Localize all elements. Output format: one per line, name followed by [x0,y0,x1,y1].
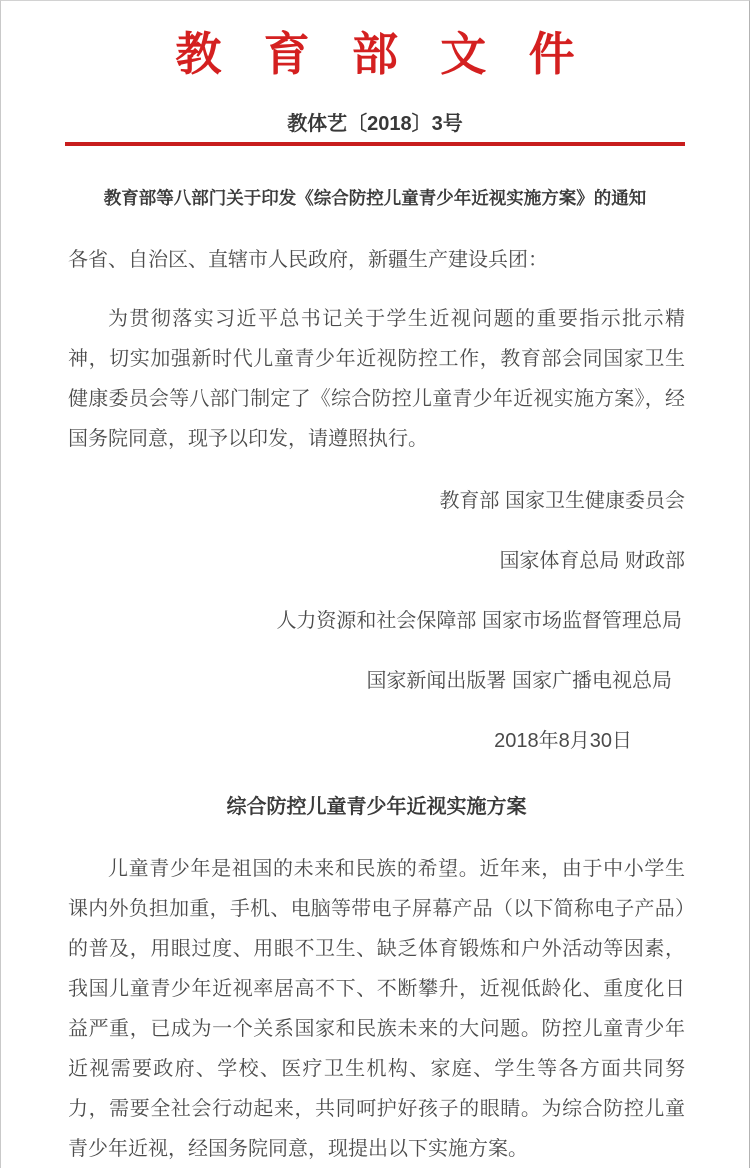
ministry-letterhead-title: 教育部文件 [1,30,749,80]
plan-intro-paragraph: 儿童青少年是祖国的未来和民族的希望。近年来，由于中小学生课内外负担加重，手机、电… [68,849,685,1168]
document-number: 教体艺〔2018〕3号 [1,112,749,137]
issue-date: 2018年8月30日 [68,711,685,771]
notice-title: 教育部等八部门关于印发《综合防控儿童青少年近视实施方案》的通知 [1,188,749,209]
signatory-line: 教育部 国家卫生健康委员会 [68,471,685,531]
signatory-line: 国家体育总局 财政部 [68,531,685,591]
signatory-line: 国家新闻出版署 国家广播电视总局 [68,651,685,711]
document-page: 教育部文件 教体艺〔2018〕3号 教育部等八部门关于印发《综合防控儿童青少年近… [0,0,750,1168]
document-body: 各省、自治区、直辖市人民政府，新疆生产建设兵团： 为贯彻落实习近平总书记关于学生… [1,240,749,1168]
notice-body-paragraph: 为贯彻落实习近平总书记关于学生近视问题的重要指示批示精神，切实加强新时代儿童青少… [68,299,685,459]
signatory-line: 人力资源和社会保障部 国家市场监督管理总局 [68,591,685,651]
salutation: 各省、自治区、直辖市人民政府，新疆生产建设兵团： [68,240,685,280]
plan-title: 综合防控儿童青少年近视实施方案 [68,793,685,821]
red-divider-rule [65,142,685,146]
signatory-block: 教育部 国家卫生健康委员会 国家体育总局 财政部 人力资源和社会保障部 国家市场… [68,471,685,771]
